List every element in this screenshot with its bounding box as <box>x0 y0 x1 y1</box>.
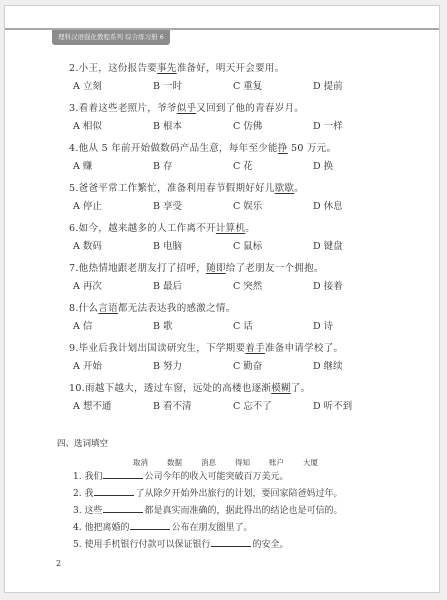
answer-option: B 努力 <box>153 360 233 373</box>
sentence-end: 公布在朋友圈里了。 <box>171 523 252 533</box>
answer-options: A 数码B 电脑C 鼠标D 键盘 <box>73 240 409 253</box>
underlined-term: 模糊 <box>271 383 291 394</box>
answer-options: A 相似B 根本C 仿佛D 一样 <box>73 120 409 133</box>
underlined-term: 着手 <box>245 343 265 354</box>
question-fragment: 他从 5 年前开始做数码产品生意，每年至少能 <box>79 143 278 154</box>
answer-option: A 想不通 <box>73 400 153 413</box>
answer-option: C 话 <box>233 320 313 333</box>
question-fragment: 7. <box>69 263 79 274</box>
fill-in-item: 4. 他把离婚的公布在朋友圈里了。 <box>73 520 342 537</box>
answer-option: D 提前 <box>313 80 393 93</box>
question-fragment: 雨越下越大，透过车窗，远处的高楼也逐渐 <box>85 383 271 394</box>
answer-option: C 娱乐 <box>233 200 313 213</box>
question-text: 3.看着这些老照片，爷爷似乎又回到了他的青春岁月。 <box>69 102 409 115</box>
answer-option: D 诗 <box>313 320 393 333</box>
question-fragment: 毕业后我计划出国读研究生，下学期要 <box>79 343 246 354</box>
fill-in-item: 1. 我们公司今年的收入可能突破百万美元。 <box>73 469 342 486</box>
question-fragment: 如今，越来越多的人工作离不开 <box>79 223 216 234</box>
word-bank-item: 消息 <box>201 457 216 468</box>
sentence-start: 5. 使用手机银行付款可以保证银行 <box>73 540 210 550</box>
fill-in-item: 2. 我了从除夕开始外出旅行的计划，要回家陪爸妈过年。 <box>73 486 342 503</box>
answer-options: A 再次B 最后C 突然D 接着 <box>73 280 409 293</box>
question-text: 10.雨越下越大，透过车窗，远处的高楼也逐渐模糊了。 <box>69 382 409 395</box>
underlined-term: 事先 <box>157 63 177 74</box>
question-fragment: 2. <box>69 63 79 74</box>
question-text: 4.他从 5 年前开始做数码产品生意，每年至少能挣 50 万元。 <box>69 142 409 155</box>
answer-option: C 忘不了 <box>233 400 313 413</box>
document-page: 理科汉语强化教程系列 综合练习册 6 2.小王，这份报告要事先准备好，明天开会要… <box>4 5 440 593</box>
question-fragment: 5. <box>69 183 79 194</box>
answer-blank <box>130 520 170 530</box>
answer-option: D 休息 <box>313 200 393 213</box>
fill-in-blank-list: 1. 我们公司今年的收入可能突破百万美元。2. 我了从除夕开始外出旅行的计划，要… <box>73 469 342 554</box>
question-fragment: 看着这些老照片，爷爷 <box>79 103 177 114</box>
answer-option: A 相似 <box>73 120 153 133</box>
question-fragment: 4. <box>69 143 79 154</box>
answer-option: A 开始 <box>73 360 153 373</box>
answer-option: C 花 <box>233 160 313 173</box>
answer-blank <box>103 469 143 479</box>
answer-options: A 立刻B 一时C 重复D 提前 <box>73 80 409 93</box>
question-text: 7.他热情地跟老朋友打了招呼，随即给了老朋友一个拥抱。 <box>69 262 409 275</box>
answer-option: D 一样 <box>313 120 393 133</box>
question-fragment: 给了老朋友一个拥抱。 <box>226 263 324 274</box>
question-fragment: 9. <box>69 343 79 354</box>
question-fragment: 3. <box>69 103 79 114</box>
question-fragment: 50 万元。 <box>288 143 337 154</box>
answer-options: A 停止B 享受C 娱乐D 休息 <box>73 200 409 213</box>
question-text: 2.小王，这份报告要事先准备好，明天开会要用。 <box>69 62 409 75</box>
series-banner: 理科汉语强化教程系列 综合练习册 6 <box>52 30 170 45</box>
answer-options: A 想不通B 看不清C 忘不了D 听不到 <box>73 400 409 413</box>
word-bank-item: 大厦 <box>303 457 318 468</box>
sentence-end: 了从除夕开始外出旅行的计划，要回家陪爸妈过年。 <box>135 489 342 499</box>
answer-options: A 赚B 存C 花D 换 <box>73 160 409 173</box>
question-fragment: 8. <box>69 303 79 314</box>
question-fragment: 准备好，明天开会要用。 <box>177 63 285 74</box>
answer-option: B 电脑 <box>153 240 233 253</box>
question-fragment: 又回到了他的青春岁月。 <box>196 103 304 114</box>
question-text: 8.什么言语都无法表达我的感激之情。 <box>69 302 409 315</box>
answer-option: A 赚 <box>73 160 153 173</box>
sentence-end: 都是真实而准确的，据此得出的结论也是可信的。 <box>144 506 342 516</box>
answer-option: A 数码 <box>73 240 153 253</box>
answer-option: A 立刻 <box>73 80 153 93</box>
question-fragment: 准备申请学校了。 <box>265 343 343 354</box>
word-bank-item: 得知 <box>235 457 250 468</box>
answer-option: B 一时 <box>153 80 233 93</box>
question-fragment: 了。 <box>291 383 311 394</box>
sentence-start: 4. 他把离婚的 <box>73 523 129 533</box>
answer-option: A 停止 <box>73 200 153 213</box>
answer-option: B 根本 <box>153 120 233 133</box>
underlined-term: 歇歇 <box>275 183 295 194</box>
question-fragment: 。 <box>245 223 255 234</box>
answer-options: A 开始B 努力C 勤奋D 继续 <box>73 360 409 373</box>
answer-option: D 键盘 <box>313 240 393 253</box>
question-fragment: 他热情地跟老朋友打了招呼， <box>79 263 206 274</box>
answer-option: C 突然 <box>233 280 313 293</box>
underlined-term: 言语 <box>98 303 118 314</box>
answer-option: A 再次 <box>73 280 153 293</box>
answer-options: A 信B 歌C 话D 诗 <box>73 320 409 333</box>
answer-blank <box>211 537 251 547</box>
answer-option: A 信 <box>73 320 153 333</box>
answer-option: B 享受 <box>153 200 233 213</box>
sentence-start: 1. 我们 <box>73 472 102 482</box>
answer-option: C 勤奋 <box>233 360 313 373</box>
sentence-start: 2. 我 <box>73 489 93 499</box>
word-bank-item: 数据 <box>167 457 182 468</box>
question-fragment: 小王，这份报告要 <box>79 63 157 74</box>
sentence-start: 3. 这些 <box>73 506 102 516</box>
underlined-term: 计算机 <box>216 223 245 234</box>
word-bank: 取消数据消息得知账户大厦 <box>133 457 318 468</box>
answer-option: D 换 <box>313 160 393 173</box>
answer-blank <box>103 503 143 513</box>
question-fragment: 6. <box>69 223 79 234</box>
underlined-term: 挣 <box>278 143 288 154</box>
question-fragment: 爸爸平常工作繁忙，准备利用春节假期好好儿 <box>79 183 275 194</box>
word-bank-item: 取消 <box>133 457 148 468</box>
answer-option: C 鼠标 <box>233 240 313 253</box>
word-bank-item: 账户 <box>269 457 284 468</box>
page-number: 2 <box>56 559 61 568</box>
answer-option: B 存 <box>153 160 233 173</box>
question-fragment: 。 <box>294 183 304 194</box>
answer-option: D 继续 <box>313 360 393 373</box>
answer-blank <box>94 486 134 496</box>
answer-option: D 接着 <box>313 280 393 293</box>
question-text: 5.爸爸平常工作繁忙，准备利用春节假期好好儿歇歇。 <box>69 182 409 195</box>
multiple-choice-section: 2.小王，这份报告要事先准备好，明天开会要用。A 立刻B 一时C 重复D 提前3… <box>69 62 409 422</box>
sentence-end: 的安全。 <box>252 540 288 550</box>
question-fragment: 什么 <box>79 303 99 314</box>
section-title: 四、选词填空 <box>57 437 108 449</box>
answer-option: C 重复 <box>233 80 313 93</box>
question-text: 9.毕业后我计划出国读研究生，下学期要着手准备申请学校了。 <box>69 342 409 355</box>
answer-option: B 最后 <box>153 280 233 293</box>
answer-option: C 仿佛 <box>233 120 313 133</box>
sentence-end: 公司今年的收入可能突破百万美元。 <box>144 472 288 482</box>
underlined-term: 随即 <box>206 263 226 274</box>
underlined-term: 似乎 <box>177 103 197 114</box>
fill-in-item: 3. 这些都是真实而准确的，据此得出的结论也是可信的。 <box>73 503 342 520</box>
answer-option: D 听不到 <box>313 400 393 413</box>
answer-option: B 歌 <box>153 320 233 333</box>
fill-in-item: 5. 使用手机银行付款可以保证银行的安全。 <box>73 537 342 554</box>
answer-option: B 看不清 <box>153 400 233 413</box>
question-fragment: 10. <box>69 383 85 394</box>
question-fragment: 都无法表达我的感激之情。 <box>118 303 236 314</box>
question-text: 6.如今，越来越多的人工作离不开计算机。 <box>69 222 409 235</box>
